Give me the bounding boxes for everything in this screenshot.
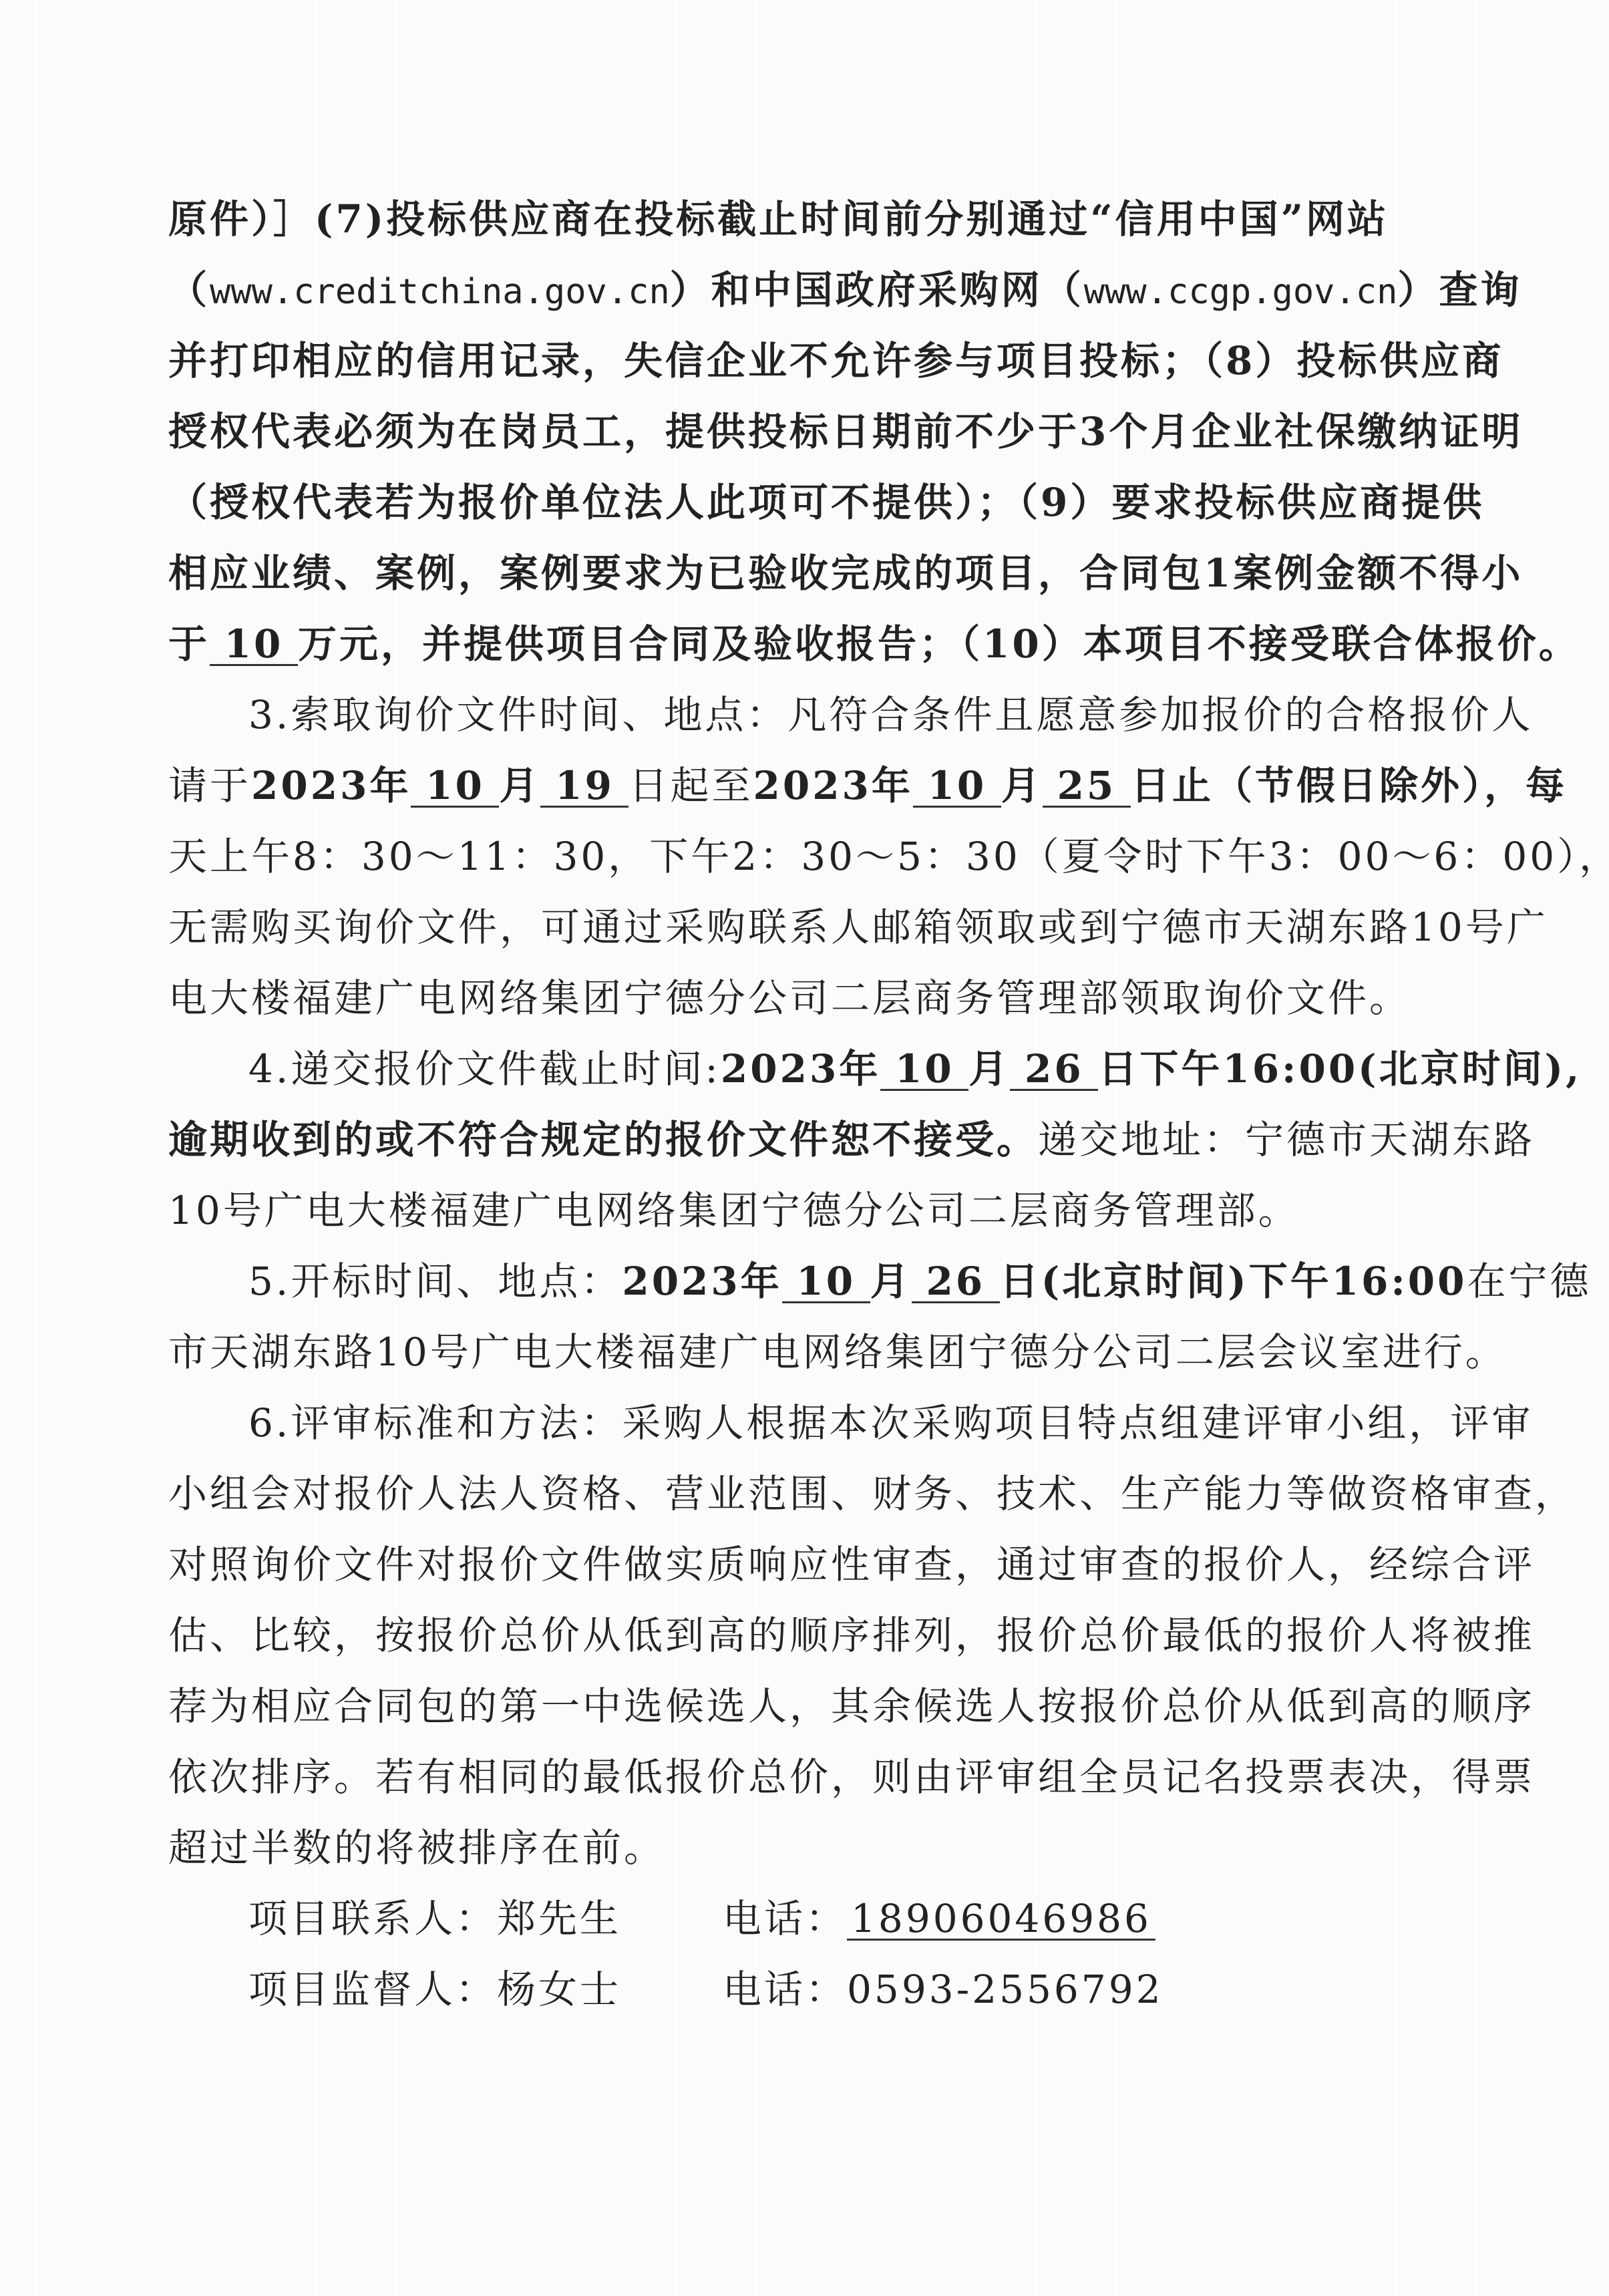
phone-number: 0593-2556792: [847, 1967, 1164, 2012]
text-segment: 日止（节假日除外），每: [1131, 763, 1567, 808]
text-segment: 逾期收到的或不符合规定的报价文件恕不接受。: [168, 1117, 1038, 1162]
text-segment: 依次排序。若有相同的最低报价总价，则由评审组全员记名投票表决，得票: [168, 1754, 1535, 1800]
contact-block: 项目联系人：郑先生 电话：18906046986 项目监督人：杨女士 电话：05…: [168, 1883, 1451, 2025]
section-4-submission-deadline: 4.递交报价文件截止时间:2023年10月26日下午16:00(北京时间),逾期…: [168, 1033, 1451, 1246]
text-segment: 日(北京时间)下午16:00: [1000, 1259, 1467, 1304]
text-line: 授权代表必须为在岗员工，提供投标日期前不少于3个月企业社保缴纳证明: [168, 396, 1451, 467]
text-line: 5.开标时间、地点：2023年10月26日(北京时间)下午16:00在宁德: [168, 1246, 1451, 1317]
text-line: 相应业绩、案例，案例要求为已验收完成的项目，合同包1案例金额不得小: [168, 538, 1451, 609]
text-segment: 在宁德: [1467, 1259, 1592, 1304]
text-segment: 2023年: [251, 763, 411, 808]
text-segment: 日起至: [629, 763, 753, 808]
text-line: 并打印相应的信用记录，失信企业不允许参与项目投标；（8）投标供应商: [168, 325, 1451, 396]
text-line: 市天湖东路10号广电大楼福建广电网络集团宁德分公司二层会议室进行。: [168, 1317, 1451, 1387]
text-line: 无需购买询价文件，可通过采购联系人邮箱领取或到宁德市天湖东路10号广: [168, 892, 1451, 963]
text-segment: 日下午16:00(北京时间),: [1098, 1046, 1582, 1092]
section-6-evaluation: 6.评审标准和方法：采购人根据本次采购项目特点组建评审小组，评审小组会对报价人法…: [168, 1387, 1451, 1883]
text-line: 估、比较，按报价总价从低到高的顺序排列，报价总价最低的报价人将被推: [168, 1600, 1451, 1671]
url-text: www.ccgp.gov.cn: [1084, 272, 1398, 312]
contact-row-project-supervisor: 项目监督人：杨女士 电话：0593-2556792: [168, 1954, 1451, 2025]
text-line: 对照询价文件对报价文件做实质响应性审查，通过审查的报价人，经综合评: [168, 1529, 1451, 1600]
text-segment: 2023年: [721, 1046, 880, 1092]
text-segment: 授权代表必须为在岗员工，提供投标日期前不少于3个月企业社保缴纳证明: [168, 409, 1523, 454]
fill-in-blank: 26: [912, 1261, 1000, 1303]
text-segment: 并打印相应的信用记录，失信企业不允许参与项目投标；（8）投标供应商: [168, 338, 1503, 383]
text-line: （www.creditchina.gov.cn）和中国政府采购网（www.ccg…: [168, 255, 1451, 325]
text-segment: 4.递交报价文件截止时间:: [248, 1046, 721, 1092]
text-segment: ）和中国政府采购网（: [670, 267, 1084, 313]
text-line: 小组会对报价人法人资格、营业范围、财务、技术、生产能力等做资格审查，: [168, 1458, 1451, 1529]
text-segment: 2023年: [753, 763, 912, 808]
text-line: 天上午8：30～11：30，下午2：30～5：30（夏令时下午3：00～6：00…: [168, 821, 1451, 892]
text-segment: 无需购买询价文件，可通过采购联系人邮箱领取或到宁德市天湖东路10号广: [168, 905, 1548, 950]
text-segment: 5.开标时间、地点：: [248, 1259, 622, 1304]
text-segment: （授权代表若为报价单位法人此项可不提供）；（9）要求投标供应商提供: [168, 480, 1484, 525]
text-segment: 月: [499, 763, 540, 808]
text-segment: 荐为相应合同包的第一中选候选人，其余候选人按报价总价从低到高的顺序: [168, 1683, 1535, 1729]
text-segment: 3.索取询价文件时间、地点：凡符合条件且愿意参加报价的合格报价人: [248, 692, 1533, 737]
text-segment: 10号广电大楼福建广电网络集团宁德分公司二层商务管理部。: [168, 1188, 1300, 1233]
text-line: 请于2023年10月19日起至2023年10月25日止（节假日除外），每: [168, 750, 1451, 821]
text-segment: 月: [1001, 763, 1043, 808]
text-line: 6.评审标准和方法：采购人根据本次采购项目特点组建评审小组，评审: [168, 1387, 1451, 1458]
text-line: 4.递交报价文件截止时间:2023年10月26日下午16:00(北京时间),: [168, 1033, 1451, 1104]
document-body: 原件）］(7)投标供应商在投标截止时间前分别通过“信用中国”网站（www.cre…: [168, 184, 1451, 2025]
text-segment: 小组会对报价人法人资格、营业范围、财务、技术、生产能力等做资格审查，: [168, 1471, 1576, 1516]
text-line: 依次排序。若有相同的最低报价总价，则由评审组全员记名投票表决，得票: [168, 1742, 1451, 1812]
text-segment: 市天湖东路10号广电大楼福建广电网络集团宁德分公司二层会议室进行。: [168, 1329, 1507, 1375]
contact-name: 郑先生: [497, 1896, 621, 1941]
fill-in-blank: 10: [210, 624, 298, 666]
supervisor-name: 杨女士: [497, 1967, 621, 2012]
section-5-bid-opening: 5.开标时间、地点：2023年10月26日(北京时间)下午16:00在宁德市天湖…: [168, 1246, 1451, 1387]
text-line: 于10万元，并提供项目合同及验收报告；（10）本项目不接受联合体报价。: [168, 609, 1451, 679]
contact-label: 项目联系人：: [248, 1896, 497, 1941]
fill-in-blank: 10: [782, 1261, 870, 1303]
text-segment: 递交地址：宁德市天湖东路: [1038, 1117, 1535, 1162]
text-segment: 天上午8：30～11：30，下午2：30～5：30（夏令时下午3：00～6：00…: [168, 834, 1609, 879]
text-segment: 原件）］(7)投标供应商在投标截止时间前分别通过“信用中国”网站: [168, 196, 1389, 242]
text-line: 超过半数的将被排序在前。: [168, 1812, 1451, 1883]
text-line: 原件）］(7)投标供应商在投标截止时间前分别通过“信用中国”网站: [168, 184, 1451, 255]
phone-label: 电话：: [723, 1896, 847, 1941]
phone-label: 电话：: [723, 1967, 847, 2012]
scanned-page: 原件）］(7)投标供应商在投标截止时间前分别通过“信用中国”网站（www.cre…: [0, 0, 1609, 2296]
text-segment: 请于: [168, 763, 251, 808]
text-line: 荐为相应合同包的第一中选候选人，其余候选人按报价总价从低到高的顺序: [168, 1671, 1451, 1742]
requirements-paragraph: 原件）］(7)投标供应商在投标截止时间前分别通过“信用中国”网站（www.cre…: [168, 184, 1451, 679]
section-3-obtain-documents: 3.索取询价文件时间、地点：凡符合条件且愿意参加报价的合格报价人请于2023年1…: [168, 679, 1451, 1033]
text-segment: 于: [168, 621, 210, 667]
phone-number: 18906046986: [847, 1899, 1155, 1941]
document-text-flow: 原件）］(7)投标供应商在投标截止时间前分别通过“信用中国”网站（www.cre…: [168, 184, 1451, 1883]
text-segment: 相应业绩、案例，案例要求为已验收完成的项目，合同包1案例金额不得小: [168, 550, 1523, 596]
text-line: 逾期收到的或不符合规定的报价文件恕不接受。递交地址：宁德市天湖东路: [168, 1104, 1451, 1175]
url-text: www.creditchina.gov.cn: [210, 272, 670, 312]
text-segment: 估、比较，按报价总价从低到高的顺序排列，报价总价最低的报价人将被推: [168, 1613, 1535, 1658]
text-segment: 电大楼福建广电网络集团宁德分公司二层商务管理部领取询价文件。: [168, 975, 1411, 1021]
text-line: 电大楼福建广电网络集团宁德分公司二层商务管理部领取询价文件。: [168, 963, 1451, 1033]
text-segment: 超过半数的将被排序在前。: [168, 1825, 665, 1870]
text-segment: （: [168, 267, 210, 313]
contact-row-project-contact: 项目联系人：郑先生 电话：18906046986: [168, 1883, 1451, 1954]
text-segment: 万元，并提供项目合同及验收报告；（10）本项目不接受联合体报价。: [298, 621, 1580, 667]
text-segment: 对照询价文件对报价文件做实质响应性审查，通过审查的报价人，经综合评: [168, 1542, 1535, 1587]
fill-in-blank: 10: [411, 766, 499, 808]
text-segment: 2023年: [622, 1259, 781, 1304]
text-segment: 月: [968, 1046, 1010, 1092]
text-line: 10号广电大楼福建广电网络集团宁德分公司二层商务管理部。: [168, 1175, 1451, 1246]
fill-in-blank: 26: [1010, 1049, 1098, 1091]
fill-in-blank: 25: [1043, 766, 1131, 808]
text-segment: 月: [870, 1259, 912, 1304]
fill-in-blank: 10: [880, 1049, 968, 1091]
text-line: 3.索取询价文件时间、地点：凡符合条件且愿意参加报价的合格报价人: [168, 679, 1451, 750]
fill-in-blank: 10: [913, 766, 1001, 808]
supervisor-label: 项目监督人：: [248, 1967, 497, 2012]
text-segment: 6.评审标准和方法：采购人根据本次采购项目特点组建评审小组，评审: [248, 1400, 1533, 1446]
text-line: （授权代表若为报价单位法人此项可不提供）；（9）要求投标供应商提供: [168, 467, 1451, 538]
fill-in-blank: 19: [540, 766, 629, 808]
text-segment: ）查询: [1397, 267, 1522, 313]
